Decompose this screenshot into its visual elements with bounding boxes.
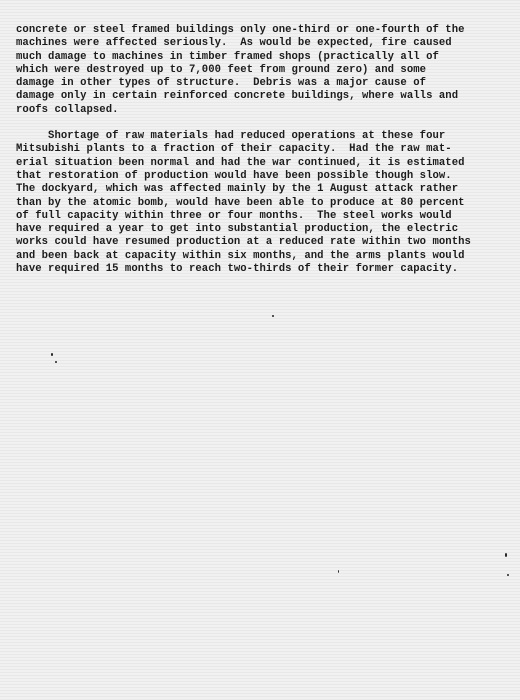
paper-speck bbox=[272, 315, 274, 317]
text-line: that restoration of production would hav… bbox=[16, 170, 516, 183]
text-line: than by the atomic bomb, would have been… bbox=[16, 197, 516, 210]
paper-speck bbox=[338, 570, 339, 573]
paragraph-raw-materials: Shortage of raw materials had reduced op… bbox=[16, 130, 516, 276]
text-line: concrete or steel framed buildings only … bbox=[16, 24, 516, 37]
text-line: have required a year to get into substan… bbox=[16, 223, 516, 236]
paper-speck bbox=[51, 353, 53, 356]
text-line: and been back at capacity within six mon… bbox=[16, 250, 516, 263]
text-line: Shortage of raw materials had reduced op… bbox=[16, 130, 516, 143]
paragraph-damage: concrete or steel framed buildings only … bbox=[16, 24, 516, 117]
text-line: damage only in certain reinforced concre… bbox=[16, 90, 516, 103]
paper-speck bbox=[507, 574, 509, 576]
typewritten-page: concrete or steel framed buildings only … bbox=[16, 24, 516, 276]
text-line: damage in other types of structure. Debr… bbox=[16, 77, 516, 90]
paper-speck bbox=[55, 361, 57, 363]
text-line: works could have resumed production at a… bbox=[16, 236, 516, 249]
text-line: have required 15 months to reach two-thi… bbox=[16, 263, 516, 276]
text-line: Mitsubishi plants to a fraction of their… bbox=[16, 143, 516, 156]
text-line: roofs collapsed. bbox=[16, 104, 516, 117]
paper-speck bbox=[505, 553, 507, 557]
text-line: erial situation been normal and had the … bbox=[16, 157, 516, 170]
text-line: which were destroyed up to 7,000 feet fr… bbox=[16, 64, 516, 77]
text-line: much damage to machines in timber framed… bbox=[16, 51, 516, 64]
text-line: machines were affected seriously. As wou… bbox=[16, 37, 516, 50]
text-line: The dockyard, which was affected mainly … bbox=[16, 183, 516, 196]
text-line: of full capacity within three or four mo… bbox=[16, 210, 516, 223]
paragraph-spacer bbox=[16, 117, 516, 130]
